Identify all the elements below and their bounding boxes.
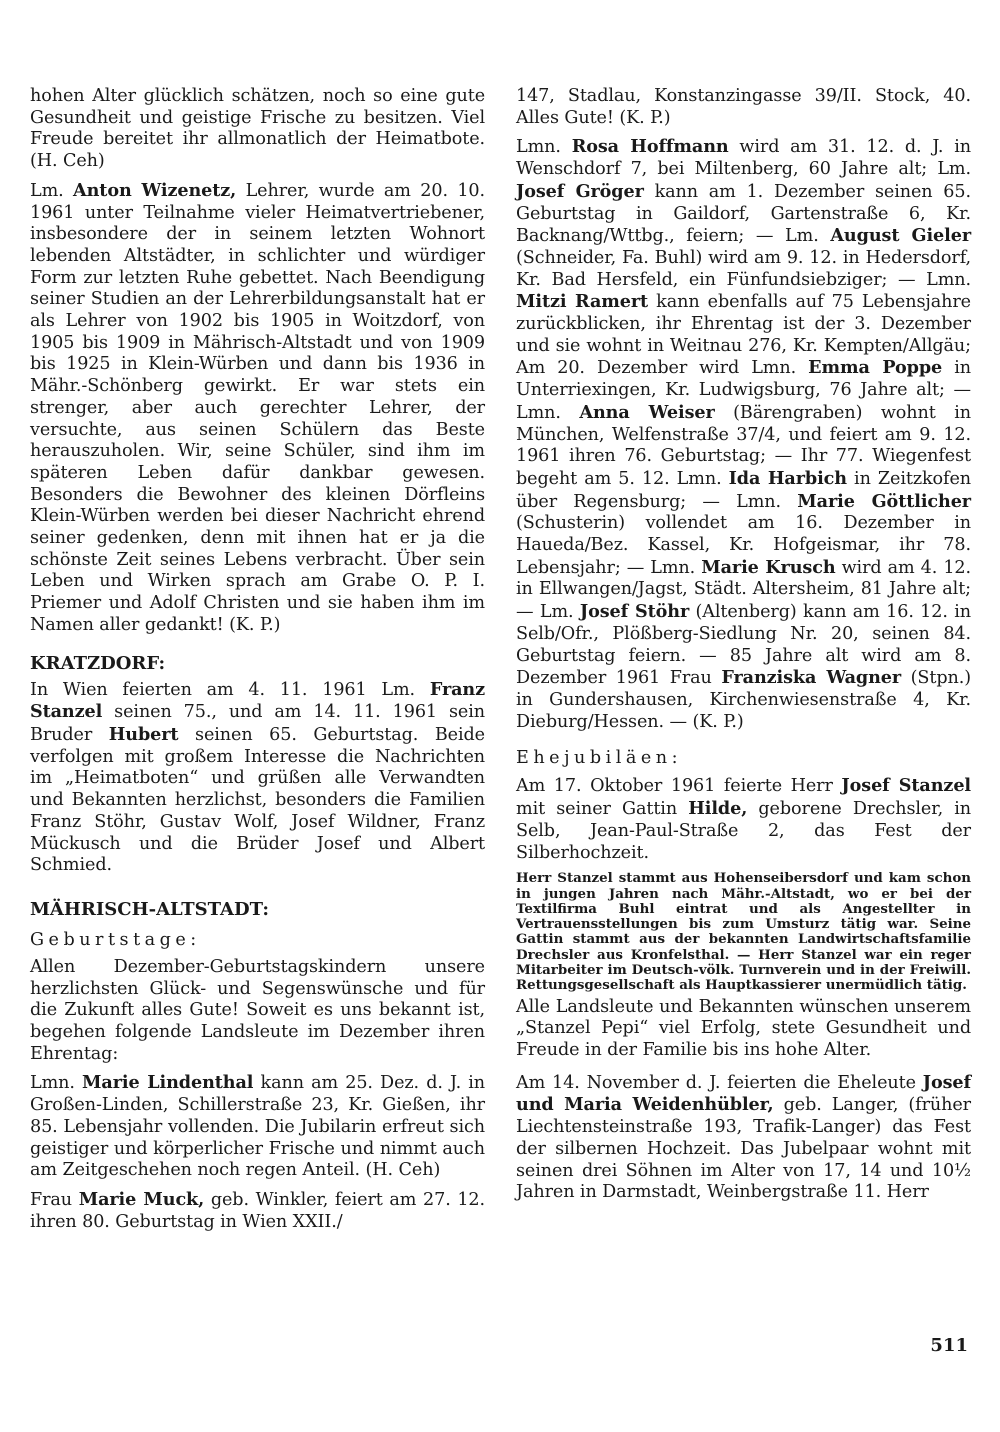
person-name: Emma Poppe [808,357,942,378]
person-name: Josef Gröger [516,181,644,202]
birthday-intro: Allen Dezember-Geburtstagskindern unsere… [30,957,485,1066]
page-number: 511 [930,1335,968,1356]
birthday-lindenthal: Lmn. Marie Lindenthal kann am 25. Dez. d… [30,1072,485,1182]
person-name: Franziska Wagner [721,667,901,688]
birthday-muck: Frau Marie Muck, geb. Winkler, feiert am… [30,1189,485,1233]
person-name: Ida Harbich [729,468,847,489]
person-name: Marie Krusch [701,557,835,578]
anniversary-wishes: Alle Landsleute und Bekannten wünschen u… [516,997,971,1062]
person-name: Hilde, [688,798,747,819]
subheading-geburtstage: Geburtstage: [30,929,485,951]
paragraph-continuation: 147, Stadlau, Konstanzingasse 39/II. Sto… [516,86,971,129]
newspaper-page: hohen Alter glücklich schätzen, noch so … [0,0,1000,1432]
obituary-wizenetz: Lm. Anton Wizenetz, Lehrer, wurde am 20.… [30,180,485,637]
person-name: Hubert [109,724,179,745]
person-name: Anton Wizenetz, [73,180,236,201]
person-name: Josef Stöhr [580,601,689,622]
right-column: 147, Stadlau, Konstanzingasse 39/II. Sto… [516,86,971,1211]
person-name: Marie Göttlicher [797,491,971,512]
person-name: Marie Lindenthal [82,1072,253,1093]
person-name: Mitzi Ramert [516,291,648,312]
person-name: Marie Muck, [79,1189,205,1210]
anniversary-stanzel: Am 17. Oktober 1961 feierte Herr Josef S… [516,775,971,864]
subheading-ehejubilaeen: Ehejubiläen: [516,747,971,769]
person-name: Rosa Hoffmann [572,136,729,157]
section-heading-maehrisch-altstadt: MÄHRISCH-ALTSTADT: [30,899,485,921]
person-name: Josef Stanzel [841,775,971,796]
section-heading-kratzdorf: KRATZDORF: [30,653,485,675]
anniversary-weidenhuebler: Am 14. November d. J. feierten die Ehele… [516,1072,971,1204]
left-column: hohen Alter glücklich schätzen, noch so … [30,86,485,1240]
kratzdorf-paragraph: In Wien feierten am 4. 11. 1961 Lm. Fran… [30,679,485,877]
paragraph-continuation: hohen Alter glücklich schätzen, noch so … [30,86,485,173]
person-name: August Gieler [830,225,971,246]
birthday-list: Lmn. Rosa Hoffmann wird am 31. 12. d. J.… [516,136,971,733]
person-name: Anna Weiser [579,402,714,423]
small-print-biography: Herr Stanzel stammt aus Hohenseibersdorf… [516,871,971,993]
